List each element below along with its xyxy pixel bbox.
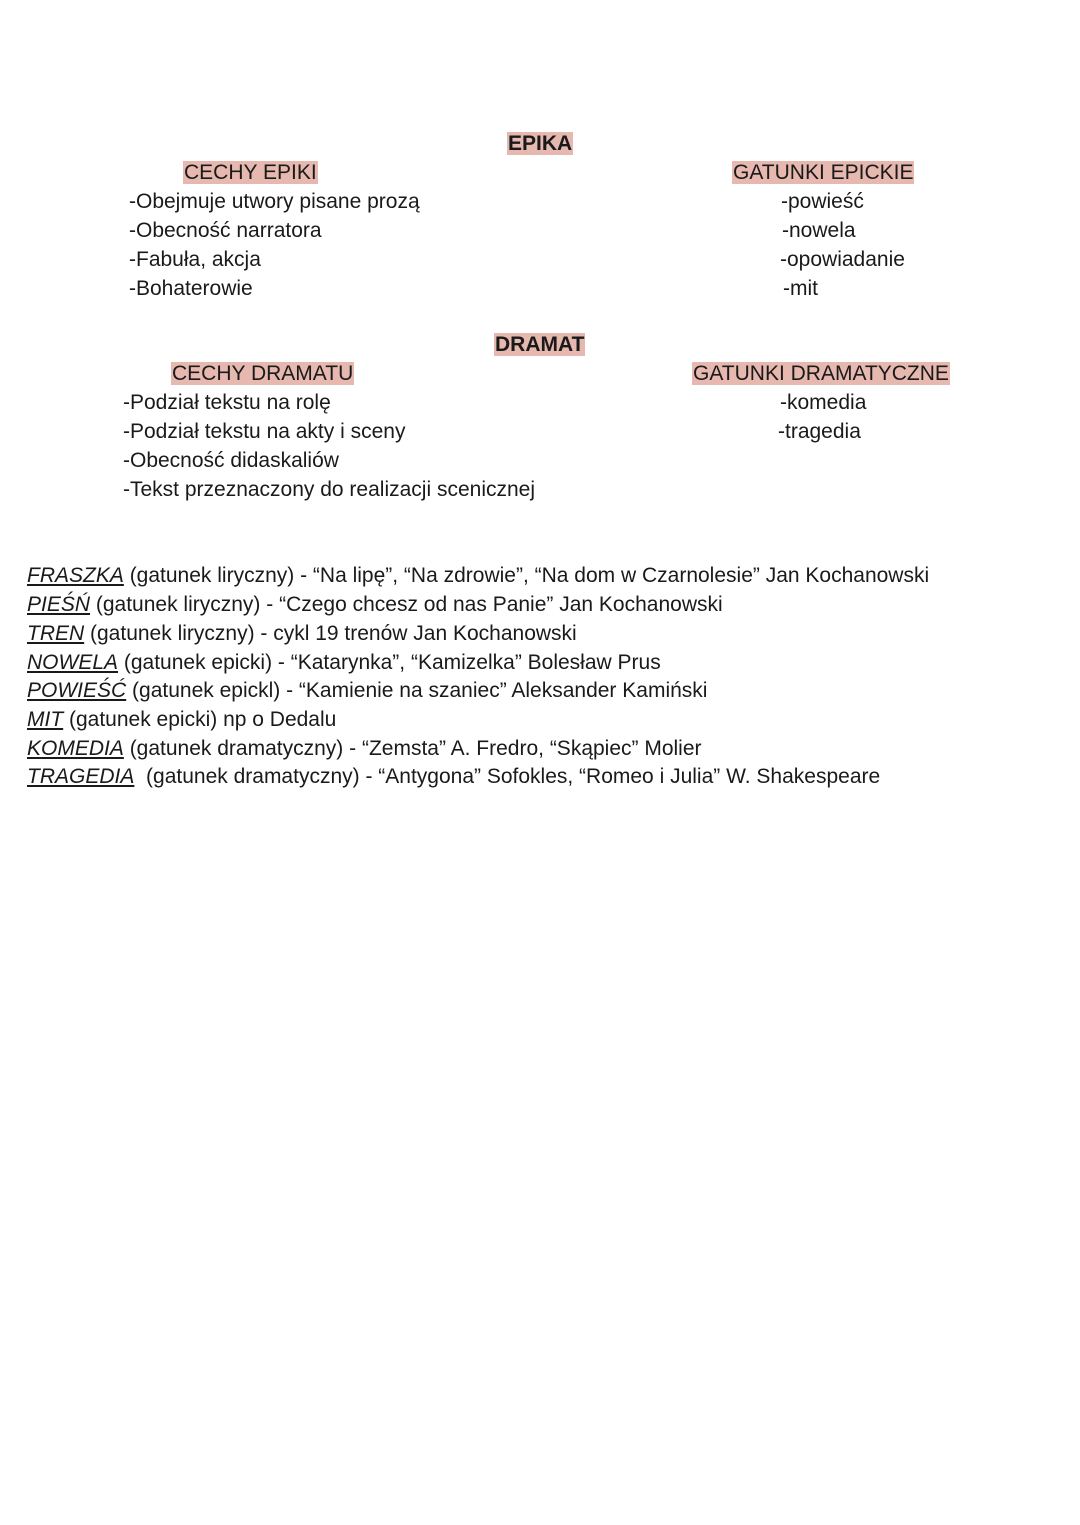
example-row: POWIEŚĆ (gatunek epickl) - “Kamienie na … bbox=[27, 676, 707, 705]
example-term: MIT bbox=[27, 708, 63, 731]
list-item: -Obecność narratora bbox=[129, 216, 322, 245]
example-term: POWIEŚĆ bbox=[27, 679, 126, 702]
example-row: PIEŚŃ (gatunek liryczny) - “Czego chcesz… bbox=[27, 590, 723, 619]
dramat-features-heading: CECHY DRAMATU bbox=[171, 359, 354, 388]
list-item: -Bohaterowie bbox=[129, 274, 253, 303]
example-row: FRASZKA (gatunek liryczny) - “Na lipę”, … bbox=[27, 561, 929, 590]
list-item: -nowela bbox=[782, 216, 856, 245]
epika-title: EPIKA bbox=[507, 129, 573, 158]
list-item: -komedia bbox=[780, 388, 866, 417]
dramat-title-text: DRAMAT bbox=[494, 333, 585, 356]
epika-genres-heading: GATUNKI EPICKIE bbox=[732, 158, 914, 187]
list-item: -powieść bbox=[781, 187, 864, 216]
example-term: FRASZKA bbox=[27, 564, 124, 587]
dramat-title: DRAMAT bbox=[494, 330, 585, 359]
example-text: (gatunek liryczny) - cykl 19 trenów Jan … bbox=[84, 622, 577, 645]
epika-title-text: EPIKA bbox=[507, 132, 573, 155]
example-term: TRAGEDIA bbox=[27, 765, 134, 788]
list-item: -mit bbox=[783, 274, 818, 303]
list-item: -opowiadanie bbox=[780, 245, 905, 274]
list-item: -Obecność didaskaliów bbox=[123, 446, 339, 475]
example-text: (gatunek dramatyczny) - “Zemsta” A. Fred… bbox=[124, 737, 702, 760]
example-text: (gatunek dramatyczny) - “Antygona” Sofok… bbox=[134, 765, 880, 788]
epika-features-heading: CECHY EPIKI bbox=[183, 158, 318, 187]
list-item: -Podział tekstu na akty i sceny bbox=[123, 417, 405, 446]
list-item: -Tekst przeznaczony do realizacji scenic… bbox=[123, 475, 535, 504]
example-term: TREN bbox=[27, 622, 84, 645]
example-text: (gatunek epicki) np o Dedalu bbox=[63, 708, 336, 731]
dramat-genres-heading-text: GATUNKI DRAMATYCZNE bbox=[692, 362, 950, 385]
example-term: NOWELA bbox=[27, 651, 118, 674]
list-item: -Fabuła, akcja bbox=[129, 245, 261, 274]
example-row: TRAGEDIA (gatunek dramatyczny) - “Antygo… bbox=[27, 762, 880, 791]
example-text: (gatunek epicki) - “Katarynka”, “Kamizel… bbox=[118, 651, 661, 674]
list-item: -Obejmuje utwory pisane prozą bbox=[129, 187, 420, 216]
example-row: MIT (gatunek epicki) np o Dedalu bbox=[27, 705, 336, 734]
example-text: (gatunek epickl) - “Kamienie na szaniec”… bbox=[126, 679, 707, 702]
dramat-genres-heading: GATUNKI DRAMATYCZNE bbox=[692, 359, 950, 388]
list-item: -tragedia bbox=[778, 417, 861, 446]
example-term: KOMEDIA bbox=[27, 737, 124, 760]
example-row: TREN (gatunek liryczny) - cykl 19 trenów… bbox=[27, 619, 577, 648]
example-row: KOMEDIA (gatunek dramatyczny) - “Zemsta”… bbox=[27, 734, 702, 763]
example-term: PIEŚŃ bbox=[27, 593, 90, 616]
epika-genres-heading-text: GATUNKI EPICKIE bbox=[732, 161, 914, 184]
list-item: -Podział tekstu na rolę bbox=[123, 388, 331, 417]
epika-features-heading-text: CECHY EPIKI bbox=[183, 161, 318, 184]
dramat-features-heading-text: CECHY DRAMATU bbox=[171, 362, 354, 385]
example-text: (gatunek liryczny) - “Na lipę”, “Na zdro… bbox=[124, 564, 929, 587]
example-text: (gatunek liryczny) - “Czego chcesz od na… bbox=[90, 593, 723, 616]
example-row: NOWELA (gatunek epicki) - “Katarynka”, “… bbox=[27, 648, 661, 677]
